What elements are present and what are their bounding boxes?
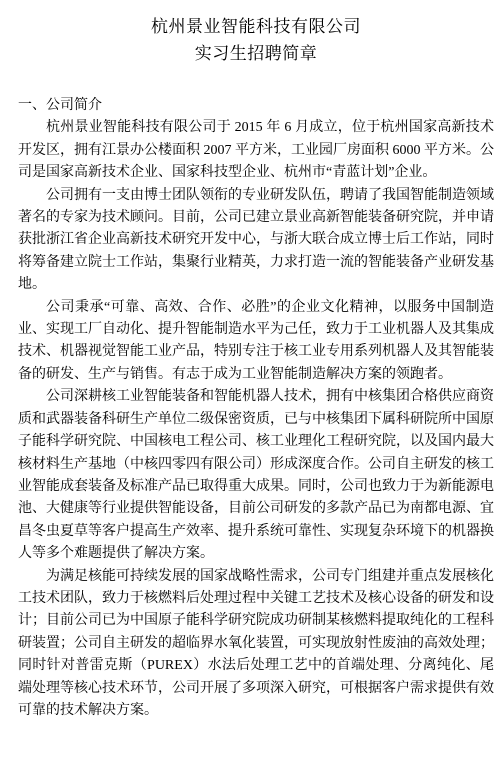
document-subtitle: 实习生招聘简章: [18, 40, 494, 67]
company-intro-paragraphs: 杭州景业智能科技有限公司于 2015 年 6 月成立，位于杭州国家高新技术开发区…: [18, 117, 494, 722]
document-page: 杭州景业智能科技有限公司 实习生招聘简章 一、公司简介 杭州景业智能科技有限公司…: [0, 0, 502, 760]
paragraph: 公司秉承“可靠、高效、合作、必胜”的企业文化精神，以服务中国制造业、实现工厂自动…: [18, 297, 494, 387]
company-name-title: 杭州景业智能科技有限公司: [18, 13, 494, 40]
paragraph: 公司拥有一支由博士团队领衔的专业研发队伍，聘请了我国智能制造领域著名的专家为技术…: [18, 185, 494, 297]
section-heading-company-intro: 一、公司简介: [18, 95, 494, 117]
paragraph: 公司深耕核工业智能装备和智能机器人技术，拥有中核集团合格供应商资质和武器装备科研…: [18, 386, 494, 565]
paragraph: 为满足核能可持续发展的国家战略性需求，公司专门组建并重点发展核化工技术团队，致力…: [18, 566, 494, 723]
paragraph: 杭州景业智能科技有限公司于 2015 年 6 月成立，位于杭州国家高新技术开发区…: [18, 117, 494, 184]
document-title: 杭州景业智能科技有限公司 实习生招聘简章: [18, 13, 494, 67]
